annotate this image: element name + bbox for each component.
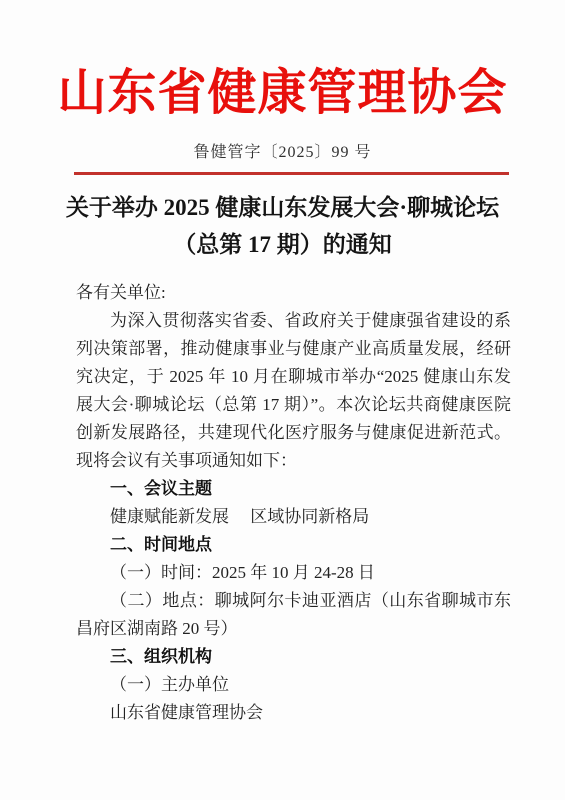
section-3-host-org: 山东省健康管理协会 <box>76 699 511 727</box>
notice-body: 各有关单位: 为深入贯彻落实省委、省政府关于健康强省建设的系列决策部署，推动健康… <box>76 279 511 727</box>
section-heading-1: 一、会议主题 <box>76 475 511 503</box>
notice-title-line1: 关于举办 2025 健康山东发展大会·聊城论坛 <box>66 195 499 220</box>
org-title: 山东省健康管理协会 <box>0 0 565 120</box>
doc-number: 鲁健管字〔2025〕99 号 <box>0 142 565 164</box>
notice-title-line2: （总第 17 期）的通知 <box>173 232 392 257</box>
section-2-location: （二）地点：聊城阿尔卡迪亚酒店（山东省聊城市东昌府区湖南路 20 号） <box>76 587 511 643</box>
section-heading-2: 二、时间地点 <box>76 531 511 559</box>
section-1-theme: 健康赋能新发展 区域协同新格局 <box>76 503 511 531</box>
notice-document-page: 山东省健康管理协会 鲁健管字〔2025〕99 号 关于举办 2025 健康山东发… <box>0 0 565 800</box>
section-2-time: （一）时间：2025 年 10 月 24-28 日 <box>76 559 511 587</box>
notice-title: 关于举办 2025 健康山东发展大会·聊城论坛 （总第 17 期）的通知 <box>10 189 555 263</box>
salutation: 各有关单位: <box>76 279 511 307</box>
intro-paragraph: 为深入贯彻落实省委、省政府关于健康强省建设的系列决策部署，推动健康事业与健康产业… <box>76 307 511 475</box>
red-divider-rule <box>74 172 509 175</box>
section-3-host-label: （一）主办单位 <box>76 671 511 699</box>
section-heading-3: 三、组织机构 <box>76 643 511 671</box>
